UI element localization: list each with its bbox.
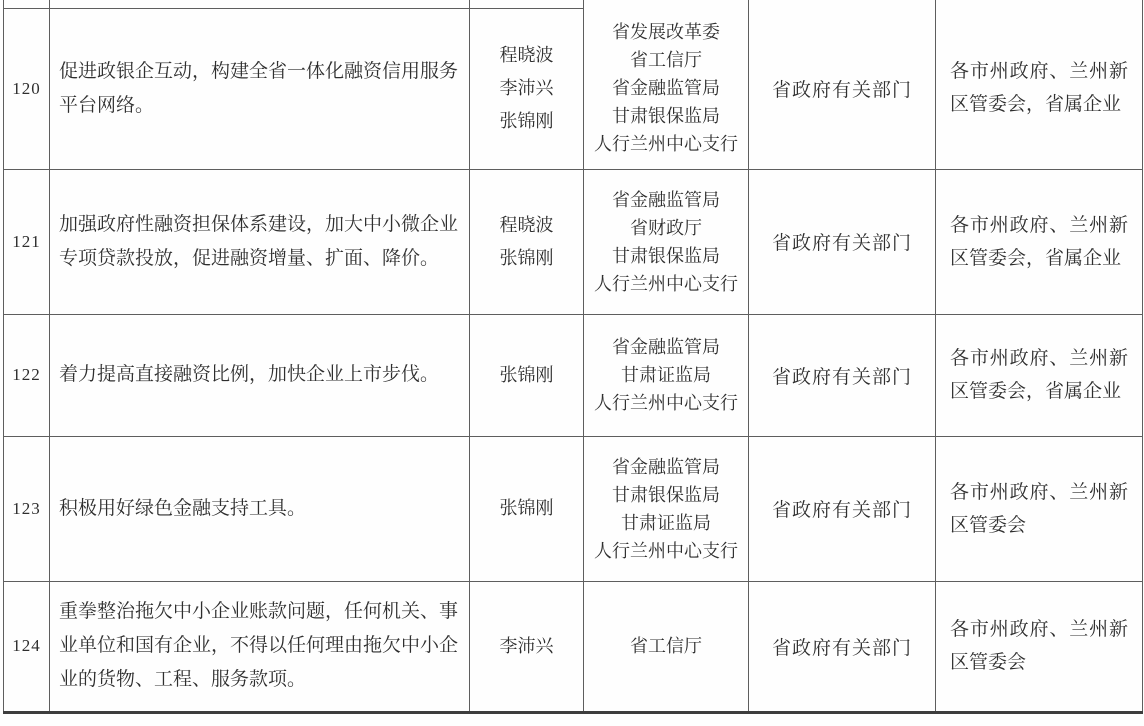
task-cell: 重拳整治拖欠中小企业账款问题，任何机关、事 业单位和国有企业，不得以任何理由拖欠… xyxy=(50,581,470,712)
responsible-department-cell: 省政府有关部门 xyxy=(749,169,936,314)
leaders-cell: 李沛兴 xyxy=(470,581,584,712)
responsible-department-cell: 省政府有关部门 xyxy=(749,314,936,436)
departments-cell: 省金融监管局 省财政厅 甘肃银保监局 人行兰州中心支行 xyxy=(584,169,749,314)
task-cell: 着力提高直接融资比例，加快企业上市步伐。 xyxy=(50,314,470,436)
departments-cell: 省金融监管局 甘肃证监局 人行兰州中心支行 xyxy=(584,314,749,436)
partial-row-top xyxy=(4,0,1143,8)
partial-cell xyxy=(584,0,749,8)
implementing-unit-cell: 各市州政府、兰州新区管委会，省属企业 xyxy=(936,314,1143,436)
leaders-cell: 程晓波 张锦刚 xyxy=(470,169,584,314)
index-cell: 123 xyxy=(4,436,50,581)
index-cell: 120 xyxy=(4,8,50,169)
scanned-document-page: 120 促进政银企互动，构建全省一体化融资信用服务 平台网络。 程晓波 李沛兴 … xyxy=(0,0,1144,726)
responsible-department-cell: 省政府有关部门 xyxy=(749,8,936,169)
task-cell: 加强政府性融资担保体系建设，加大中小微企业 专项贷款投放，促进融资增量、扩面、降… xyxy=(50,169,470,314)
departments-cell: 省发展改革委 省工信厅 省金融监管局 甘肃银保监局 人行兰州中心支行 xyxy=(584,8,749,169)
table-row-122: 122 着力提高直接融资比例，加快企业上市步伐。 张锦刚 省金融监管局 甘肃证监… xyxy=(4,314,1143,436)
leaders-cell: 张锦刚 xyxy=(470,314,584,436)
table-row-121: 121 加强政府性融资担保体系建设，加大中小微企业 专项贷款投放，促进融资增量、… xyxy=(4,169,1143,314)
partial-cell xyxy=(4,0,50,8)
partial-cell xyxy=(470,0,584,8)
table-row-120: 120 促进政银企互动，构建全省一体化融资信用服务 平台网络。 程晓波 李沛兴 … xyxy=(4,8,1143,169)
task-division-table: 120 促进政银企互动，构建全省一体化融资信用服务 平台网络。 程晓波 李沛兴 … xyxy=(3,0,1143,714)
leaders-cell: 程晓波 李沛兴 张锦刚 xyxy=(470,8,584,169)
table-row-123: 123 积极用好绿色金融支持工具。 张锦刚 省金融监管局 甘肃银保监局 甘肃证监… xyxy=(4,436,1143,581)
departments-cell: 省金融监管局 甘肃银保监局 甘肃证监局 人行兰州中心支行 xyxy=(584,436,749,581)
responsible-department-cell: 省政府有关部门 xyxy=(749,581,936,712)
implementing-unit-cell: 各市州政府、兰州新区管委会 xyxy=(936,436,1143,581)
index-cell: 122 xyxy=(4,314,50,436)
leaders-cell: 张锦刚 xyxy=(470,436,584,581)
implementing-unit-cell: 各市州政府、兰州新区管委会，省属企业 xyxy=(936,8,1143,169)
table-row-124: 124 重拳整治拖欠中小企业账款问题，任何机关、事 业单位和国有企业，不得以任何… xyxy=(4,581,1143,712)
index-cell: 121 xyxy=(4,169,50,314)
index-cell: 124 xyxy=(4,581,50,712)
partial-cell xyxy=(50,0,470,8)
partial-cell xyxy=(749,0,936,8)
departments-cell: 省工信厅 xyxy=(584,581,749,712)
partial-cell xyxy=(936,0,1143,8)
responsible-department-cell: 省政府有关部门 xyxy=(749,436,936,581)
implementing-unit-cell: 各市州政府、兰州新区管委会，省属企业 xyxy=(936,169,1143,314)
task-cell: 促进政银企互动，构建全省一体化融资信用服务 平台网络。 xyxy=(50,8,470,169)
implementing-unit-cell: 各市州政府、兰州新区管委会 xyxy=(936,581,1143,712)
task-cell: 积极用好绿色金融支持工具。 xyxy=(50,436,470,581)
